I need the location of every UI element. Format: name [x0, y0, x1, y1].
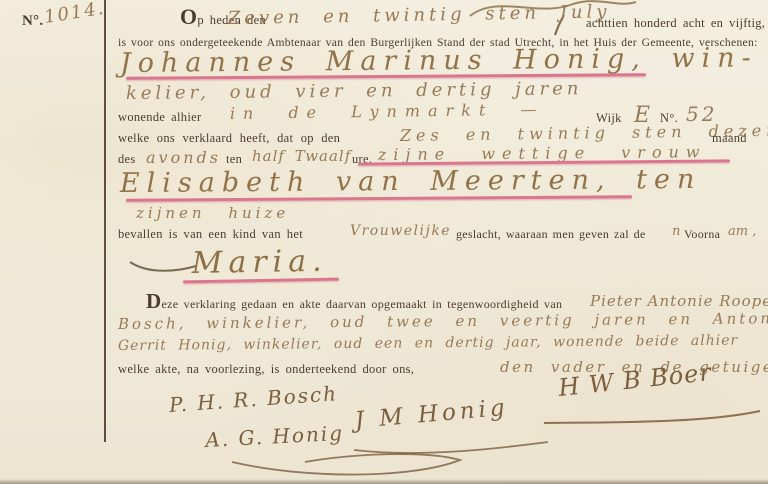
margin-rule	[104, 0, 106, 442]
maand-print: maand	[712, 131, 747, 146]
witness-line2-handwritten: Bosch, winkelier, oud twee en veertig ja…	[118, 309, 768, 333]
scan-edge	[0, 479, 768, 484]
born-n-handwritten: n	[672, 224, 680, 239]
des-print: des	[118, 152, 136, 167]
witness-line3-handwritten: Gerrit Honig, winkelier, oud een en dert…	[118, 333, 738, 354]
hour-handwritten: half Twaalf	[252, 147, 351, 165]
birth-record-scan: N°. 1014. Op heden den Zeven en twintig …	[0, 0, 768, 484]
witness1-name-handwritten: Pieter Antonie Rooper	[590, 292, 768, 310]
act-number-value: 1014.	[43, 0, 107, 28]
signature-witness2-flourish	[230, 452, 465, 480]
ten-print: ten	[226, 152, 242, 167]
declarant-name: Johannes Marinus Honig, win-	[120, 42, 758, 79]
residence-handwritten: in de Lynmarkt —	[230, 100, 545, 123]
name-lead-flourish	[128, 258, 198, 274]
mother-name: Elisabeth van Meerten, ten	[120, 164, 702, 199]
born-print-c: Voorna	[684, 227, 720, 242]
declared-print: welke ons verklaard heeft, dat op den	[118, 131, 340, 146]
born-print-b: geslacht, waaraan men geven zal de	[456, 227, 646, 242]
witness-print: Deze verklaring gedaan en akte daarvan o…	[146, 297, 562, 312]
closing-print: welke akte, na voorlezing, is onderteeke…	[118, 362, 414, 377]
year-print: achttien honderd acht en vijftig,	[586, 16, 765, 31]
signature-witness1: P. H. R. Bosch	[168, 381, 338, 417]
gender-handwritten: Vrouwelijke	[350, 223, 451, 239]
born-print-a: bevallen is van een kind van het	[118, 227, 303, 242]
child-name: Maria.	[191, 244, 328, 281]
signature-witness2: A. G. Honig	[205, 421, 345, 452]
residence-print: wonende alhier	[118, 110, 201, 125]
signature-father: J M Honig	[354, 395, 510, 434]
daypart-handwritten: avonds	[146, 148, 221, 167]
signature-official-flourish	[540, 408, 765, 426]
house-handwritten: zijnen huize	[136, 204, 289, 222]
born-am-handwritten: am ,	[728, 224, 756, 239]
act-number-label: N°.	[22, 13, 43, 30]
